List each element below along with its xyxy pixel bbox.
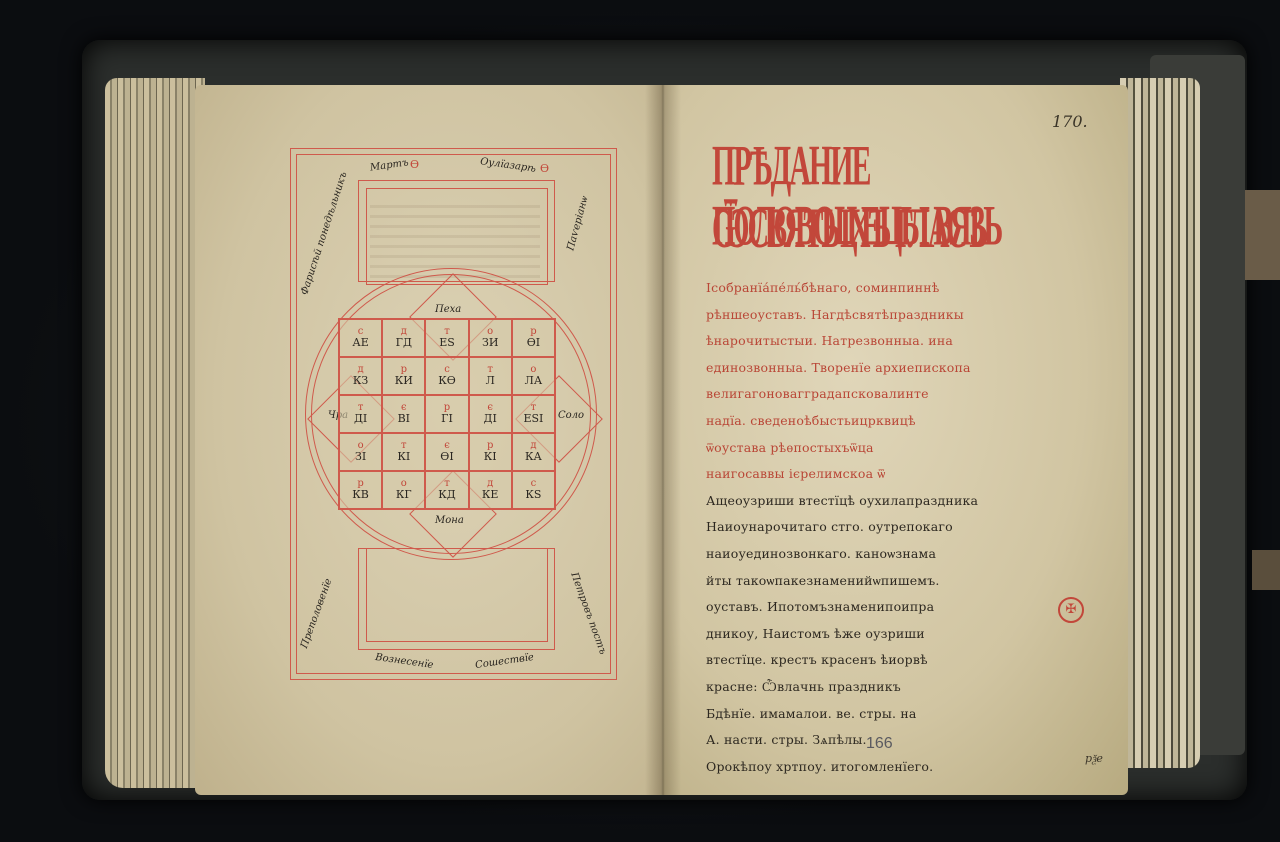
grid-cell: тКІ bbox=[382, 433, 425, 471]
cross-stamp-icon: ✠ bbox=[1058, 597, 1084, 623]
title-line-2: ПОЛОВОЦ ЕЦЫ ВЯЗЬ bbox=[712, 195, 1042, 258]
page-number: 166 bbox=[866, 735, 893, 753]
cell-bottom: ЕЅІ bbox=[523, 413, 543, 425]
text-line: оуставъ. Ипотомъзнаменипоипра bbox=[706, 594, 1036, 621]
cell-bottom: КЅ bbox=[525, 489, 541, 501]
cell-bottom: ВІ bbox=[398, 413, 410, 425]
cell-bottom: ЛА bbox=[525, 375, 543, 387]
cell-bottom: КИ bbox=[395, 375, 413, 387]
cell-bottom: ДІ bbox=[354, 413, 367, 425]
text-line: ѿоустава рѣѳпостыхъѿца bbox=[706, 435, 1036, 462]
grid-cell: оЗИ bbox=[469, 319, 512, 357]
folio-number: 170. bbox=[1052, 112, 1088, 131]
text-line: Орокѣпоу хртпоу. итогомленїего. bbox=[706, 754, 1036, 781]
grid-cell: єВІ bbox=[382, 395, 425, 433]
grid-cell: рКВ bbox=[339, 471, 382, 509]
cell-bottom: ѲІ bbox=[440, 451, 453, 463]
text-line: красне: Ѽвлачнь праздникъ bbox=[706, 674, 1036, 701]
label-solo: Соло bbox=[558, 410, 584, 421]
grid-cell: тКД bbox=[425, 471, 468, 509]
cell-bottom: КД bbox=[438, 489, 455, 501]
cell-bottom: ГІ bbox=[441, 413, 453, 425]
cell-bottom: КА bbox=[525, 451, 542, 463]
grid-cell: дКЕ bbox=[469, 471, 512, 509]
calendar-diagram: Пеха Чра Соло Мона сАЕ дГД тЕЅ оЗИ рѲІ д… bbox=[290, 148, 620, 683]
corner-note: рѯе bbox=[1085, 752, 1103, 765]
grid-cell: оЗІ bbox=[339, 433, 382, 471]
calendar-grid: сАЕ дГД тЕЅ оЗИ рѲІ дКЗ рКИ сКѲ тЛ оЛА т… bbox=[338, 318, 556, 510]
grid-cell: дГД bbox=[382, 319, 425, 357]
bottom-box-inner bbox=[366, 548, 548, 642]
grid-cell: тДІ bbox=[339, 395, 382, 433]
grid-cell: єДІ bbox=[469, 395, 512, 433]
clasp-lower bbox=[1252, 550, 1280, 590]
text-line: наиоуединозвонкаго. каноѡзнама bbox=[706, 541, 1036, 568]
page-edges-right bbox=[1120, 78, 1200, 768]
grid-cell: тЛ bbox=[469, 357, 512, 395]
cell-bottom: КЗ bbox=[353, 375, 368, 387]
grid-cell: тЕЅ bbox=[425, 319, 468, 357]
cell-bottom: ЕЅ bbox=[439, 337, 455, 349]
cell-bottom: КГ bbox=[396, 489, 412, 501]
cell-bottom: КІ bbox=[397, 451, 410, 463]
grid-cell: рКИ bbox=[382, 357, 425, 395]
cell-bottom: ѲІ bbox=[527, 337, 540, 349]
text-line: наигосаввы ієрелимскоа ѿ bbox=[706, 461, 1036, 488]
text-line: единозвонныа. Творенїе архиепископа bbox=[706, 355, 1036, 382]
grid-cell: тЕЅІ bbox=[512, 395, 555, 433]
cell-bottom: АЕ bbox=[352, 337, 368, 349]
cell-bottom: КЕ bbox=[482, 489, 499, 501]
label-lazar-num: Ѳ bbox=[540, 162, 549, 175]
cell-bottom: КІ bbox=[484, 451, 497, 463]
grid-cell: сКЅ bbox=[512, 471, 555, 509]
grid-cell: сКѲ bbox=[425, 357, 468, 395]
grid-cell: оЛА bbox=[512, 357, 555, 395]
text-line: рѣншеоуставъ. Нагдѣсвятѣпраздникы bbox=[706, 302, 1036, 329]
text-line: втестїце. крестъ красенъ ѣиорвѣ bbox=[706, 647, 1036, 674]
text-line: дникоу, Наистомъ ѣже оузриши bbox=[706, 621, 1036, 648]
text-line: йты такоѡпакезнаменийѡпишемъ. bbox=[706, 568, 1036, 595]
clasp-upper bbox=[1245, 190, 1280, 280]
text-line: велигагоновагградапсковалинте bbox=[706, 381, 1036, 408]
grid-cell: єѲІ bbox=[425, 433, 468, 471]
grid-cell: рѲІ bbox=[512, 319, 555, 357]
cell-bottom: ЗІ bbox=[355, 451, 366, 463]
text-line: надїа. сведеноѣбыстьицрквицѣ bbox=[706, 408, 1036, 435]
cell-bottom: ЗИ bbox=[482, 337, 498, 349]
label-mona: Мона bbox=[435, 515, 464, 526]
grid-cell: дКЗ bbox=[339, 357, 382, 395]
text-line: Наиоунарочитаго стго. оутрепокаго bbox=[706, 514, 1036, 541]
label-peha: Пеха bbox=[435, 304, 461, 315]
cell-bottom: КѲ bbox=[438, 375, 456, 387]
label-mart-num: Ѳ bbox=[410, 158, 419, 171]
grid-cell: рКІ bbox=[469, 433, 512, 471]
page-edges-left bbox=[105, 78, 205, 788]
title-line-1: ПРѢДАНИЕ ѾСВЯТЫХЪ ГЛАСЪ bbox=[712, 135, 1042, 198]
cell-bottom: Л bbox=[486, 375, 495, 387]
text-line: Бдѣнїе. имамалои. ве. стры. на bbox=[706, 701, 1036, 728]
bleed-through-text bbox=[370, 198, 540, 278]
text-line: Ісобранїа́пе́ль́бѣнаго, соминпиннѣ bbox=[706, 275, 1036, 302]
book-gutter bbox=[645, 85, 681, 795]
grid-cell: оКГ bbox=[382, 471, 425, 509]
cell-bottom: ДІ bbox=[484, 413, 497, 425]
grid-cell: рГІ bbox=[425, 395, 468, 433]
text-block: Ісобранїа́пе́ль́бѣнаго, соминпиннѣ рѣнше… bbox=[706, 275, 1036, 780]
cell-bottom: ГД bbox=[396, 337, 412, 349]
text-line: ѣнарочитыстыи. Натрезвонныа. ина bbox=[706, 328, 1036, 355]
cell-bottom: КВ bbox=[352, 489, 369, 501]
text-line: Ащеоузриши втестїцѣ оухилапраздника bbox=[706, 488, 1036, 515]
grid-cell: сАЕ bbox=[339, 319, 382, 357]
grid-cell: дКА bbox=[512, 433, 555, 471]
